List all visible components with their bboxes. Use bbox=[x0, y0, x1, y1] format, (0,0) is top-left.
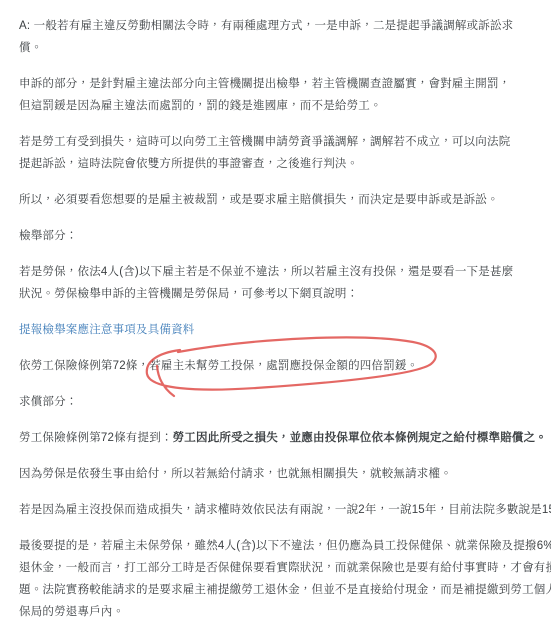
text-line: 求償部分： bbox=[19, 391, 533, 413]
text-line: 勞工保險條例第72條有提到：勞工因此所受之損失，並應由投保單位依本條例規定之給付… bbox=[19, 427, 533, 449]
report-guidelines-link: 提報檢舉案應注意事項及具備資料 bbox=[19, 319, 533, 341]
text-line: 檢舉部分： bbox=[19, 225, 533, 247]
text-line: 但這罰鍰是因為雇主違法而處罰的，罰的錢是進國庫，而不是給勞工。 bbox=[19, 95, 533, 117]
report-section-heading: 檢舉部分： bbox=[19, 225, 533, 247]
compensation-section-heading: 求償部分： bbox=[19, 391, 533, 413]
text-line: 依勞工保險條例第72條，若雇主未幫勞工投保，處罰應投保金額的四倍罰鍰。 bbox=[19, 355, 533, 377]
answer-document: A: 一般若有雇主違反勞動相關法令時，有兩種處理方式，一是申訴，二是提起爭議調解… bbox=[0, 0, 551, 640]
text-line: 最後要提的是，若雇主未保勞保，雖然4人(含)以下不違法，但仍應為員工投保健保、就… bbox=[19, 535, 533, 557]
decision-guidance-paragraph: 所以，必須要看您想要的是雇主被裁罰，或是要求雇主賠償損失，而決定是要申訴或是訴訟… bbox=[19, 189, 533, 211]
text-line: 退休金，一般而言，打工部分工時是否保健保要看實際狀況，而就業保險也是要有給付事實… bbox=[19, 557, 533, 579]
text-line: 若是因為雇主沒投保而造成損失，請求權時效依民法有兩說，一說2年，一說15年，目前… bbox=[19, 499, 533, 521]
text-line: 狀況。勞保檢舉申訴的主管機關是勞保局，可參考以下網頁說明： bbox=[19, 283, 533, 305]
complaint-explanation-paragraph: 申訴的部分，是針對雇主違法部分向主管機關提出檢舉，若主管機關查證屬實，會對雇主開… bbox=[19, 73, 533, 117]
report-guidelines-link[interactable]: 提報檢舉案應注意事項及具備資料 bbox=[19, 319, 533, 341]
text-line: 若是勞工有受到損失，這時可以向勞工主管機關申請勞資爭議調解，調解若不成立，可以向… bbox=[19, 131, 533, 153]
text-line: 因為勞保是依發生事由給付，所以若無給付請求，也就無相關損失，就較無請求權。 bbox=[19, 463, 533, 485]
answer-intro-paragraph: A: 一般若有雇主違反勞動相關法令時，有兩種處理方式，一是申訴，二是提起爭議調解… bbox=[19, 15, 533, 59]
text-line: 申訴的部分，是針對雇主違法部分向主管機關提出檢舉，若主管機關查證屬實，會對雇主開… bbox=[19, 73, 533, 95]
final-remarks-paragraph: 最後要提的是，若雇主未保勞保，雖然4人(含)以下不違法，但仍應為員工投保健保、就… bbox=[19, 535, 533, 623]
text-run: 勞工保險條例第72條有提到： bbox=[19, 432, 173, 444]
text-line: 提起訴訟，這時法院會依雙方所提供的事證審查，之後進行判決。 bbox=[19, 153, 533, 175]
no-claim-paragraph: 因為勞保是依發生事由給付，所以若無給付請求，也就無相關損失，就較無請求權。 bbox=[19, 463, 533, 485]
text-line: 若是勞保，依法4人(含)以下雇主若是不保並不違法，所以若雇主沒有投保，還是要看一… bbox=[19, 261, 533, 283]
text-line: A: 一般若有雇主違反勞動相關法令時，有兩種處理方式，一是申訴，二是提起爭議調解… bbox=[19, 15, 533, 37]
statute-72-compensation-paragraph: 勞工保險條例第72條有提到：勞工因此所受之損失，並應由投保單位依本條例規定之給付… bbox=[19, 427, 533, 449]
document-body: A: 一般若有雇主違反勞動相關法令時，有兩種處理方式，一是申訴，二是提起爭議調解… bbox=[0, 0, 551, 623]
text-line: 所以，必須要看您想要的是雇主被裁罰，或是要求雇主賠償損失，而決定是要申訴或是訴訟… bbox=[19, 189, 533, 211]
statute-of-limitations-paragraph: 若是因為雇主沒投保而造成損失，請求權時效依民法有兩說，一說2年，一說15年，目前… bbox=[19, 499, 533, 521]
quoted-statute-text: 勞工因此所受之損失，並應由投保單位依本條例規定之給付標準賠償之。 bbox=[173, 432, 547, 444]
statute-72-penalty-paragraph: 依勞工保險條例第72條，若雇主未幫勞工投保，處罰應投保金額的四倍罰鍰。 bbox=[19, 355, 533, 377]
text-line: 題。法院實務較能請求的是要求雇主補提繳勞工退休金，但並不是直接給付現金，而是補提… bbox=[19, 579, 533, 601]
mediation-lawsuit-paragraph: 若是勞工有受到損失，這時可以向勞工主管機關申請勞資爭議調解，調解若不成立，可以向… bbox=[19, 131, 533, 175]
text-line: 償。 bbox=[19, 37, 533, 59]
labor-insurance-report-paragraph: 若是勞保，依法4人(含)以下雇主若是不保並不違法，所以若雇主沒有投保，還是要看一… bbox=[19, 261, 533, 305]
text-line: 保局的勞退專戶內。 bbox=[19, 601, 533, 623]
